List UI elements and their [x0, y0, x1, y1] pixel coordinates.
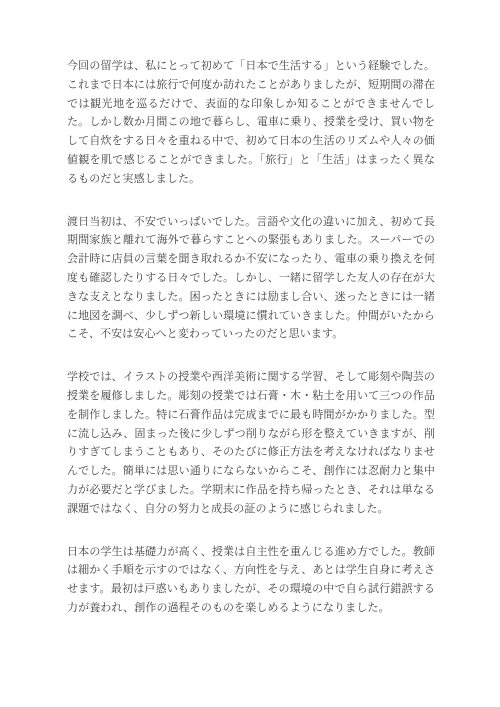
paragraph-initial-anxiety: 渡日当初は、不安でいっぱいでした。言語や文化の違いに加え、初めて長期間家族と離れ… — [67, 213, 435, 345]
paragraph-travel-vs-living: 今回の留学は、私にとって初めて「日本で生活する」という経験でした。これまで日本に… — [67, 57, 435, 189]
text-block: 今回の留学は、私にとって初めて「日本で生活する」という経験でした。これまで日本に… — [67, 57, 435, 618]
paragraph-school-courses: 学校では、イラストの授業や西洋美術に関する学習、そして彫刻や陶芸の授業を履修しま… — [67, 368, 435, 518]
document-page: { "document": { "language": "ja", "backg… — [0, 0, 500, 707]
paragraph-japanese-students: 日本の学生は基礎力が高く、授業は自主性を重んじる進め方でした。教師は細かく手順を… — [67, 543, 435, 618]
